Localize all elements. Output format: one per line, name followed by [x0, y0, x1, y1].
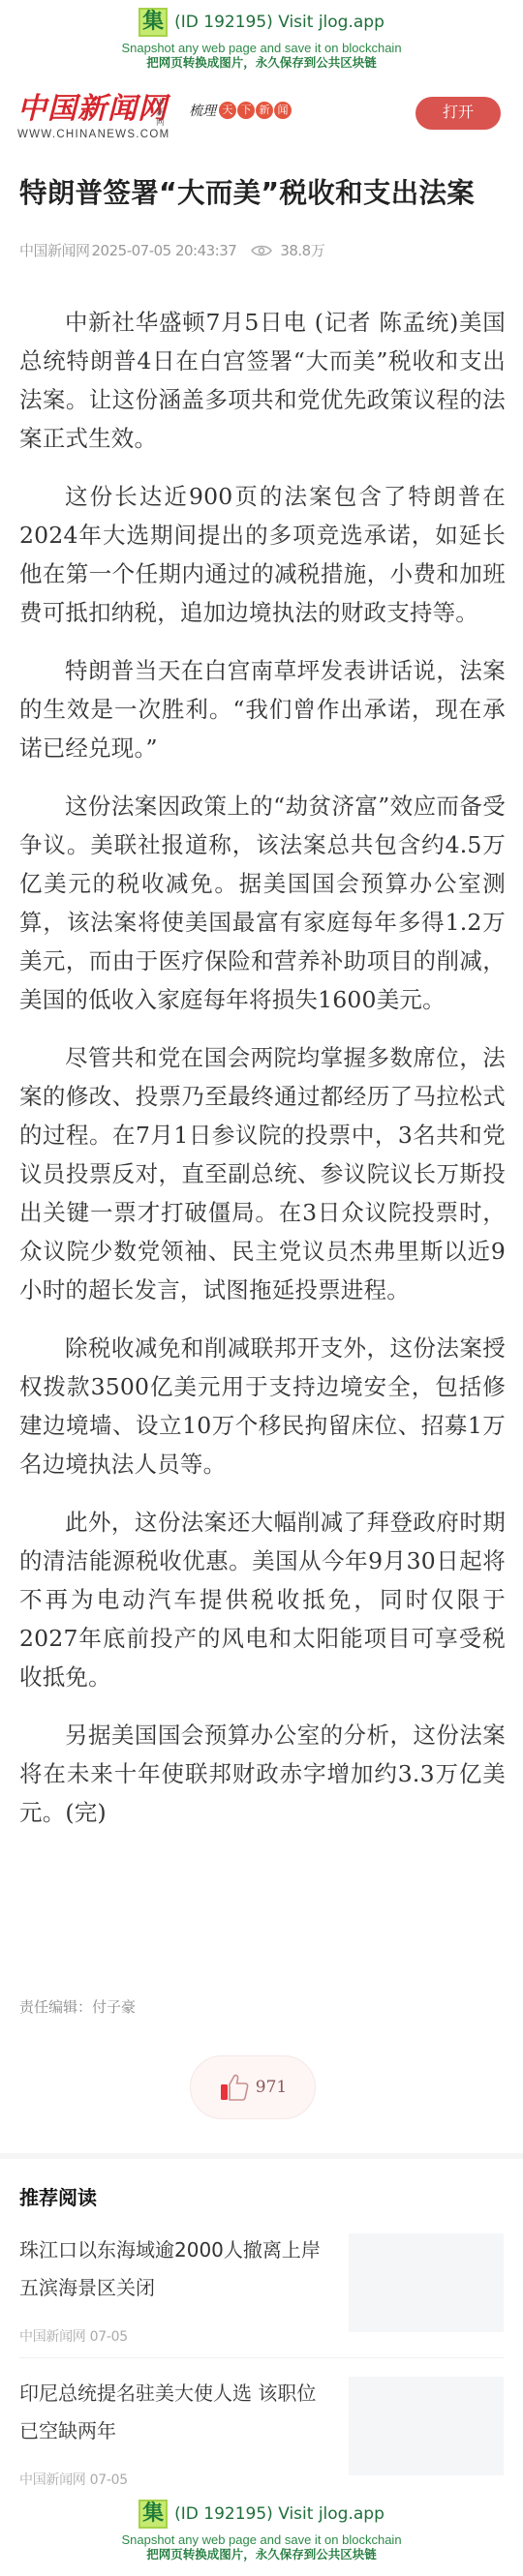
- slogan-dot: 闻: [274, 102, 292, 119]
- jlog-banner-title-row: 集 (ID 192195) Visit jlog.app: [0, 6, 523, 39]
- article-title: 特朗普签署“大而美”税收和支出法案: [19, 174, 504, 213]
- eye-icon: [251, 244, 272, 257]
- article-source: 中国新闻网: [19, 240, 90, 260]
- recommended-date: 07-05: [90, 2472, 128, 2488]
- thumbs-up-icon: [219, 2073, 250, 2102]
- jlog-badge-icon: 集: [138, 2500, 168, 2529]
- slogan-dot: 天: [219, 102, 236, 119]
- slogan: 梳理 天 下 新 闻: [189, 101, 292, 120]
- recommended-source: 中国新闻网: [19, 2472, 86, 2488]
- recommended-item[interactable]: 珠江口以东海域逾2000人撤离上岸 五滨海景区关闭 中国新闻网 07-05: [19, 2232, 504, 2357]
- list-divider: [19, 2357, 504, 2358]
- jlog-banner-title[interactable]: (ID 192195) Visit jlog.app: [174, 13, 385, 32]
- jlog-banner-bottom[interactable]: 集 (ID 192195) Visit jlog.app Snapshot an…: [0, 2498, 523, 2561]
- slogan-prefix: 梳理: [189, 101, 216, 120]
- jlog-banner-subtitle-cn: 把网页转换成图片，永久保存到公共区块链: [0, 55, 523, 70]
- article-paragraph: 尽管共和党在国会两院均掌握多数席位，法案的修改、投票乃至最终通过都经历了马拉松式…: [19, 1038, 506, 1309]
- views-count: 38.8万: [280, 240, 324, 260]
- section-divider: [0, 2153, 523, 2159]
- recommended-meta: 中国新闻网 07-05: [19, 2326, 128, 2346]
- article-paragraph: 此外，这份法案还大幅削减了拜登政府时期的清洁能源税收优惠。美国从今年9月30日起…: [19, 1503, 506, 1696]
- jlog-badge-icon: 集: [138, 8, 168, 37]
- open-app-button[interactable]: 打开: [415, 97, 501, 130]
- jlog-banner-top[interactable]: 集 (ID 192195) Visit jlog.app Snapshot an…: [0, 6, 523, 70]
- article-body: 中新社华盛顿7月5日电 (记者 陈孟统)美国总统特朗普4日在白宫签署“大而美”税…: [19, 303, 506, 1851]
- logo-mini-text: 中新网: [156, 99, 168, 128]
- responsible-editor: 责任编辑：付子豪: [19, 1996, 136, 2017]
- recommended-source: 中国新闻网: [19, 2329, 86, 2345]
- article-views: 38.8万: [251, 240, 324, 260]
- slogan-dot: 新: [256, 102, 273, 119]
- like-count: 971: [256, 2078, 287, 2097]
- recommended-headline[interactable]: 印尼总统提名驻美大使人选 该职位已空缺两年: [19, 2375, 329, 2450]
- jlog-banner-subtitle-en: Snapshot any web page and save it on blo…: [0, 2533, 523, 2547]
- article-paragraph: 特朗普当天在白宫南草坪发表讲话说，法案的生效是一次胜利。“我们曾作出承诺，现在承…: [19, 651, 506, 767]
- recommended-thumbnail[interactable]: [349, 2377, 504, 2475]
- article-meta: 中国新闻网 2025-07-05 20:43:37 38.8万: [19, 240, 324, 260]
- article-paragraph: 中新社华盛顿7月5日电 (记者 陈孟统)美国总统特朗普4日在白宫签署“大而美”税…: [19, 303, 506, 458]
- chinanews-logo[interactable]: 中国新闻网 中新网 WWW.CHINANEWS.COM: [17, 93, 172, 143]
- jlog-banner-title[interactable]: (ID 192195) Visit jlog.app: [174, 2504, 385, 2524]
- article-paragraph: 这份长达近900页的法案包含了特朗普在2024年大选期间提出的多项竞选承诺，如延…: [19, 477, 506, 632]
- logo-url: WWW.CHINANEWS.COM: [17, 128, 172, 141]
- recommended-date: 07-05: [90, 2329, 128, 2345]
- article-paragraph: 除税收减免和削减联邦开支外，这份法案授权拨款3500亿美元用于支持边境安全，包括…: [19, 1329, 506, 1483]
- like-button[interactable]: 971: [190, 2055, 316, 2119]
- article-paragraph: 这份法案因政策上的“劫贫济富”效应而备受争议。美联社报道称，该法案总共包含约4.…: [19, 787, 506, 1019]
- recommended-thumbnail[interactable]: [349, 2233, 504, 2332]
- jlog-banner-subtitle-en: Snapshot any web page and save it on blo…: [0, 42, 523, 55]
- recommended-heading: 推荐阅读: [19, 2182, 97, 2210]
- site-header: 中国新闻网 中新网 WWW.CHINANEWS.COM 梳理 天 下 新 闻 打…: [0, 89, 523, 147]
- recommended-headline[interactable]: 珠江口以东海域逾2000人撤离上岸 五滨海景区关闭: [19, 2232, 329, 2307]
- slogan-dot: 下: [237, 102, 255, 119]
- logo-text: 中国新闻网: [17, 93, 172, 126]
- article-paragraph: 另据美国国会预算办公室的分析，这份法案将在未来十年使联邦财政赤字增加约3.3万亿…: [19, 1716, 506, 1832]
- article-datetime: 2025-07-05 20:43:37: [92, 242, 237, 259]
- jlog-banner-subtitle-cn: 把网页转换成图片，永久保存到公共区块链: [0, 2547, 523, 2561]
- recommended-item[interactable]: 印尼总统提名驻美大使人选 该职位已空缺两年 中国新闻网 07-05: [19, 2375, 504, 2501]
- jlog-banner-title-row: 集 (ID 192195) Visit jlog.app: [0, 2498, 523, 2531]
- recommended-meta: 中国新闻网 07-05: [19, 2470, 128, 2489]
